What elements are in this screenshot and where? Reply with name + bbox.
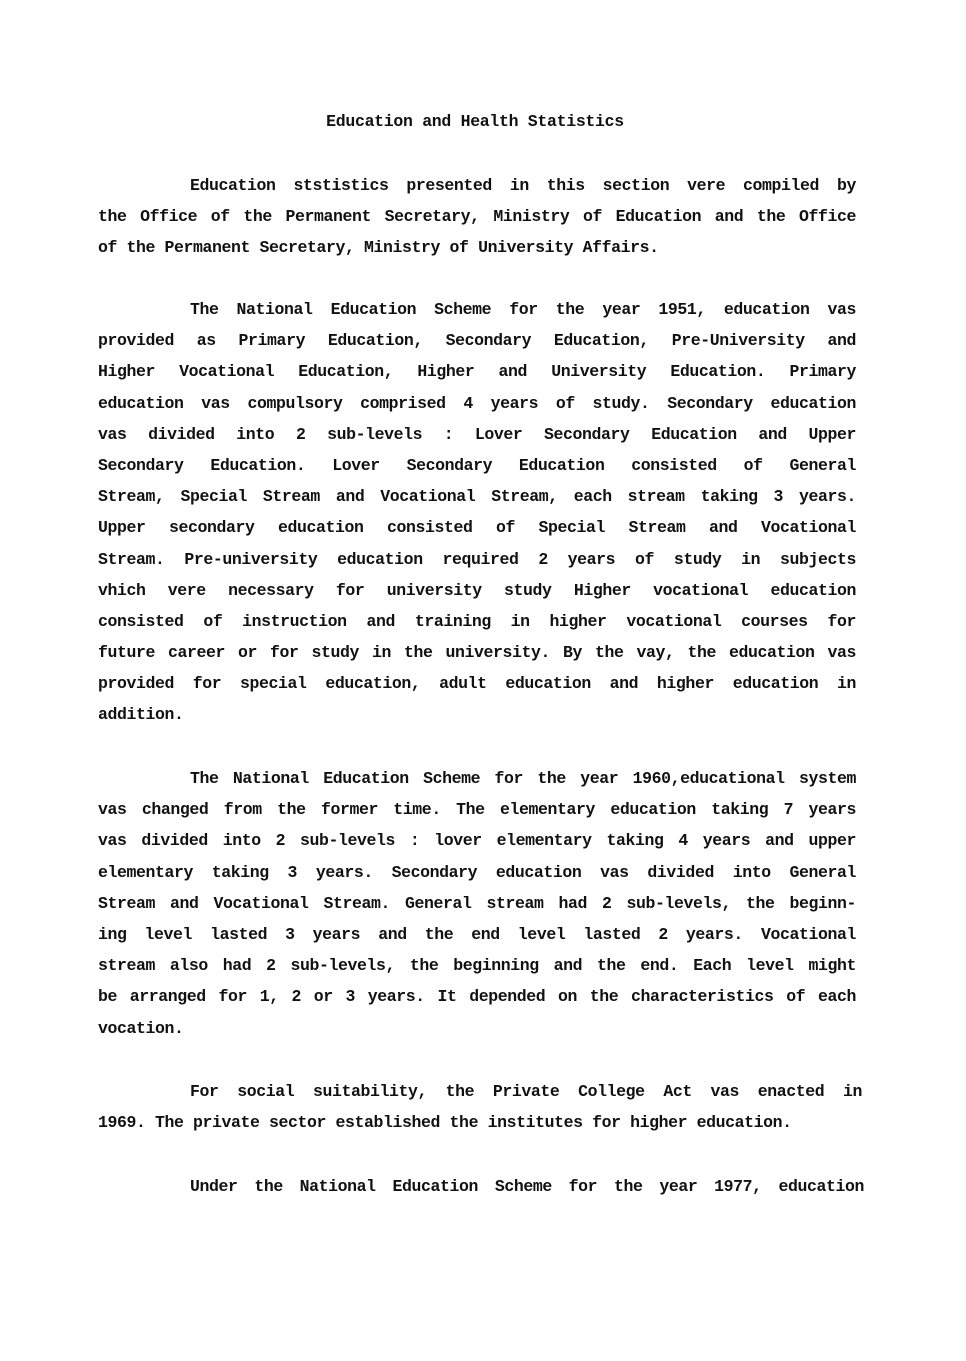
text-line: consisted of instruction and training in… xyxy=(98,606,856,637)
text-line: vas divided into 2 sub-levels : lover el… xyxy=(98,825,856,856)
text-line: Upper secondary education consisted of S… xyxy=(98,512,856,543)
text-line: 1969. The private sector established the… xyxy=(98,1107,862,1138)
text-line: provided for special education, adult ed… xyxy=(98,668,856,699)
text-line: Higher Vocational Education, Higher and … xyxy=(98,356,856,387)
text-line: the Office of the Permanent Secretary, M… xyxy=(98,201,856,232)
text-line: For social suitability, the Private Coll… xyxy=(98,1076,862,1107)
text-line: vas divided into 2 sub-levels : Lover Se… xyxy=(98,419,856,450)
text-line: ing level lasted 3 years and the end lev… xyxy=(98,919,856,950)
text-line: education vas compulsory comprised 4 yea… xyxy=(98,388,856,419)
paragraph-scheme-1951: The National Education Scheme for the ye… xyxy=(98,294,856,731)
text-line: be arranged for 1, 2 or 3 years. It depe… xyxy=(98,981,856,1012)
text-line: elementary taking 3 years. Secondary edu… xyxy=(98,857,856,888)
text-line: of the Permanent Secretary, Ministry of … xyxy=(98,232,856,263)
page-title: Education and Health Statistics xyxy=(0,112,950,131)
text-line: Stream, Special Stream and Vocational St… xyxy=(98,481,856,512)
text-line: vocation. xyxy=(98,1013,856,1044)
document-page: Education and Health Statistics Educatio… xyxy=(0,0,966,1361)
text-line: vas changed from the former time. The el… xyxy=(98,794,856,825)
text-line: Education ststistics presented in this s… xyxy=(98,170,856,201)
text-line: The National Education Scheme for the ye… xyxy=(98,763,856,794)
text-line: Under the National Education Scheme for … xyxy=(98,1171,864,1202)
text-line: provided as Primary Education, Secondary… xyxy=(98,325,856,356)
paragraph-scheme-1960: The National Education Scheme for the ye… xyxy=(98,763,856,1044)
paragraph-private-college-act: For social suitability, the Private Coll… xyxy=(98,1076,862,1138)
text-line: future career or for study in the univer… xyxy=(98,637,856,668)
text-line: Stream and Vocational Stream. General st… xyxy=(98,888,856,919)
paragraph-data-sources: Education ststistics presented in this s… xyxy=(98,170,856,264)
text-line: Secondary Education. Lover Secondary Edu… xyxy=(98,450,856,481)
text-line: stream also had 2 sub-levels, the beginn… xyxy=(98,950,856,981)
text-line: vhich vere necessary for university stud… xyxy=(98,575,856,606)
paragraph-scheme-1977: Under the National Education Scheme for … xyxy=(98,1171,864,1202)
text-line: Stream. Pre-university education require… xyxy=(98,544,856,575)
text-line: addition. xyxy=(98,699,856,730)
text-line: The National Education Scheme for the ye… xyxy=(98,294,856,325)
